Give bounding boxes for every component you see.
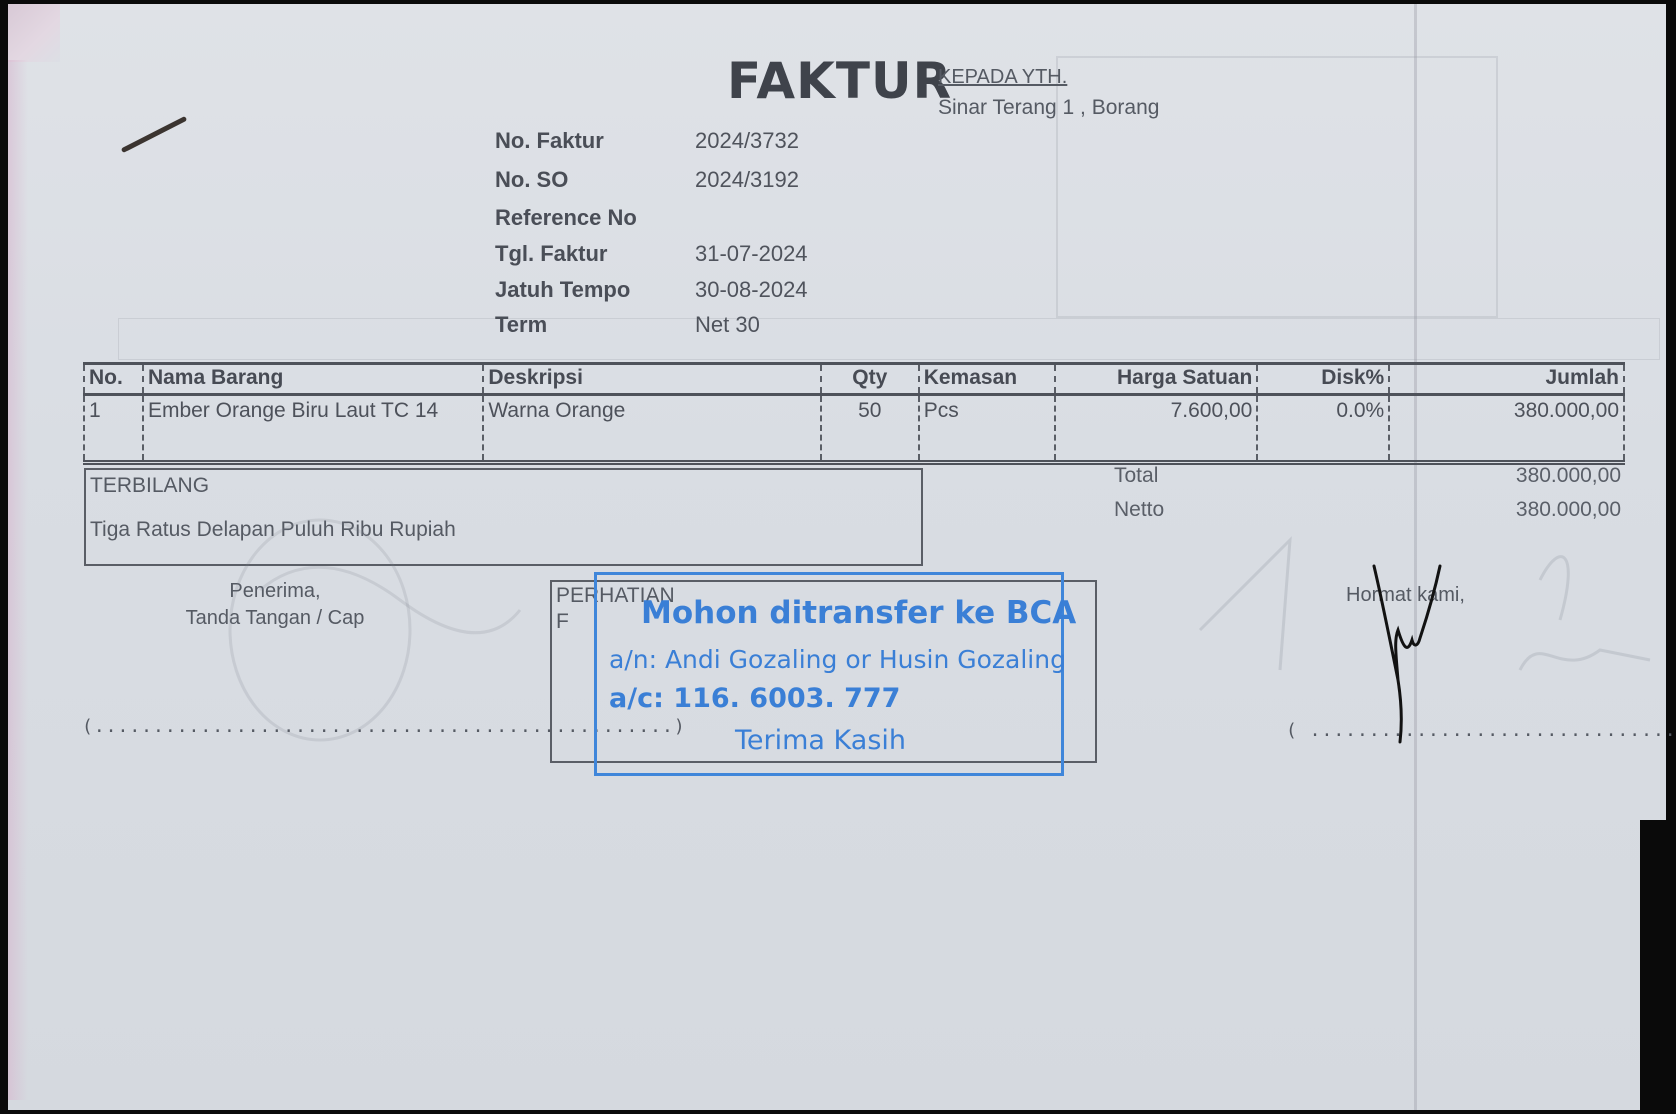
- meta-label-reference-no: Reference No: [495, 205, 637, 231]
- stamp-thanks: Terima Kasih: [735, 725, 906, 756]
- items-table: No. Nama Barang Deskripsi Qty Kemasan Ha…: [83, 362, 1625, 465]
- recipient-address: Sinar Terang 1 , Borang: [938, 96, 1159, 120]
- table-row: 1 Ember Orange Biru Laut TC 14 Warna Ora…: [84, 395, 1624, 463]
- cell-deskripsi: Warna Orange: [483, 395, 820, 463]
- meta-label-jatuh-tempo: Jatuh Tempo: [495, 277, 630, 303]
- meta-label-tgl-faktur: Tgl. Faktur: [495, 241, 607, 267]
- column-header-no: No.: [84, 364, 143, 395]
- document-title: FAKTUR: [727, 52, 952, 110]
- ghost-box: [118, 318, 1660, 360]
- recipient-heading: KEPADA YTH.: [938, 66, 1067, 89]
- cell-no: 1: [84, 395, 143, 463]
- cell-qty: 50: [821, 395, 919, 463]
- meta-label-no-so: No. SO: [495, 167, 568, 193]
- meta-value-jatuh-tempo: 30-08-2024: [695, 277, 808, 303]
- cell-jumlah: 380.000,00: [1389, 395, 1624, 463]
- bank-transfer-stamp: Mohon ditransfer ke BCA a/n: Andi Gozali…: [594, 572, 1064, 776]
- stamp-account-name: a/n: Andi Gozaling or Husin Gozaling: [609, 645, 1066, 674]
- meta-label-term: Term: [495, 312, 547, 338]
- netto-value: 380.000,00: [1516, 498, 1621, 522]
- terbilang-label: TERBILANG: [90, 474, 209, 498]
- column-header-kemasan: Kemasan: [919, 364, 1055, 395]
- column-header-harga-satuan: Harga Satuan: [1055, 364, 1258, 395]
- faint-signature-showthrough: [1180, 520, 1660, 700]
- table-header-row: No. Nama Barang Deskripsi Qty Kemasan Ha…: [84, 364, 1624, 395]
- meta-value-term: Net 30: [695, 312, 760, 338]
- cell-nama-barang: Ember Orange Biru Laut TC 14: [143, 395, 483, 463]
- column-header-jumlah: Jumlah: [1389, 364, 1624, 395]
- cell-disk: 0.0%: [1257, 395, 1389, 463]
- stamp-account-number: a/c: 116. 6003. 777: [609, 683, 900, 714]
- total-label: Total: [1114, 464, 1158, 488]
- column-header-nama-barang: Nama Barang: [143, 364, 483, 395]
- meta-value-tgl-faktur: 31-07-2024: [695, 241, 808, 267]
- paper-edge-tint: [8, 60, 28, 1100]
- total-value: 380.000,00: [1516, 464, 1621, 488]
- meta-value-no-so: 2024/3192: [695, 167, 799, 193]
- stamp-transfer-instruction: Mohon ditransfer ke BCA: [641, 595, 1076, 631]
- folded-corner: [8, 4, 60, 62]
- background-edge: [1640, 820, 1676, 1114]
- column-header-disk: Disk%: [1257, 364, 1389, 395]
- column-header-qty: Qty: [821, 364, 919, 395]
- sender-signature-line: ( ................................. ): [1286, 720, 1676, 741]
- cell-kemasan: Pcs: [919, 395, 1055, 463]
- faint-stamp-showthrough: [200, 500, 560, 800]
- meta-value-no-faktur: 2024/3732: [695, 128, 799, 154]
- cell-harga-satuan: 7.600,00: [1055, 395, 1258, 463]
- perhatian-note: F: [556, 610, 569, 634]
- meta-label-no-faktur: No. Faktur: [495, 128, 604, 154]
- netto-label: Netto: [1114, 498, 1164, 522]
- column-header-deskripsi: Deskripsi: [483, 364, 820, 395]
